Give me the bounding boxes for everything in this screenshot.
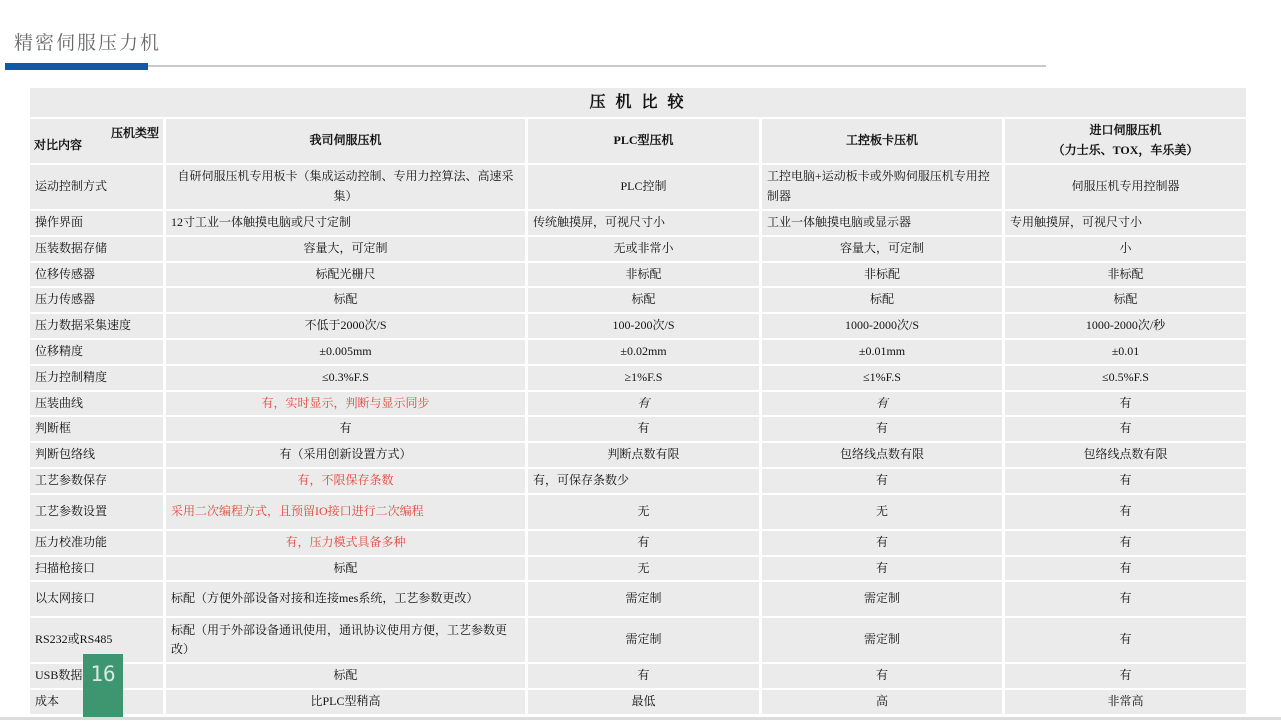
table-cell: 有 xyxy=(1005,582,1246,618)
table-cell: ≥1%F.S xyxy=(528,366,762,392)
table-cell: 包络线点数有限 xyxy=(762,443,1005,469)
table-cell: 标配 xyxy=(1005,288,1246,314)
table-cell: 包络线点数有限 xyxy=(1005,443,1246,469)
table-cell: 有 xyxy=(1005,531,1246,557)
slide: 精密伺服压力机 压 机 比 较 压机类型 对比内容 我司伺服压机 PLC型压机 xyxy=(0,0,1281,722)
row-label: 以太网接口 xyxy=(30,582,166,618)
row-label: 压装曲线 xyxy=(30,392,166,418)
row-label: 扫描枪接口 xyxy=(30,557,166,583)
table-cell: 有 xyxy=(528,664,762,690)
table-row: USB数据接口标配有有有 xyxy=(30,664,1246,690)
header-row: 压机类型 对比内容 我司伺服压机 PLC型压机 工控板卡压机 进口伺服压机 （力… xyxy=(30,119,1246,165)
table-cell: 标配光栅尺 xyxy=(166,263,528,289)
table-row: 判断包络线有（采用创新设置方式）判断点数有限包络线点数有限包络线点数有限 xyxy=(30,443,1246,469)
table-cell: 非常高 xyxy=(1005,690,1246,716)
table-cell: ≤0.5%F.S xyxy=(1005,366,1246,392)
table-row: 压装数据存储容量大，可定制无或非常小容量大，可定制小 xyxy=(30,237,1246,263)
table-cell: 标配 xyxy=(528,288,762,314)
table-cell: 有，压力模式具备多种 xyxy=(166,531,528,557)
page-title: 精密伺服压力机 xyxy=(14,28,161,55)
table-row: 判断框有有有有 xyxy=(30,417,1246,443)
table-cell: 标配 xyxy=(166,288,528,314)
row-label: 判断包络线 xyxy=(30,443,166,469)
table-row: 位移传感器标配光栅尺非标配非标配非标配 xyxy=(30,263,1246,289)
table-row: 压力数据采集速度不低于2000次/S100-200次/S1000-2000次/S… xyxy=(30,314,1246,340)
row-label: 位移传感器 xyxy=(30,263,166,289)
row-label: 操作界面 xyxy=(30,211,166,237)
table-cell: 高 xyxy=(762,690,1005,716)
row-label: 压力校准功能 xyxy=(30,531,166,557)
table-cell: 1000-2000次/S xyxy=(762,314,1005,340)
table-cell: ±0.01 xyxy=(1005,340,1246,366)
table-cell: 比PLC型稍高 xyxy=(166,690,528,716)
table-cell: 需定制 xyxy=(762,618,1005,664)
table-cell: 标配 xyxy=(166,557,528,583)
row-label: 压装数据存储 xyxy=(30,237,166,263)
row-label: 压力控制精度 xyxy=(30,366,166,392)
table-cell: 有 xyxy=(762,392,1005,418)
table-cell: 有 xyxy=(762,557,1005,583)
table-cell: ≤1%F.S xyxy=(762,366,1005,392)
column-header-imported-servo-press: 进口伺服压机 （力士乐、TOX，车乐美） xyxy=(1005,119,1246,165)
table-cell: 100-200次/S xyxy=(528,314,762,340)
table-cell: 不低于2000次/S xyxy=(166,314,528,340)
table-cell: 有 xyxy=(762,417,1005,443)
table-cell: 有 xyxy=(762,664,1005,690)
table-cell: 有（采用创新设置方式） xyxy=(166,443,528,469)
table-cell: 小 xyxy=(1005,237,1246,263)
row-label: 判断框 xyxy=(30,417,166,443)
corner-cell: 压机类型 对比内容 xyxy=(30,119,166,165)
table-row: 压装曲线有，实时显示，判断与显示同步有有有 xyxy=(30,392,1246,418)
table-row: 成本比PLC型稍高最低高非常高 xyxy=(30,690,1246,716)
table-row: 位移精度±0.005mm±0.02mm±0.01mm±0.01 xyxy=(30,340,1246,366)
table-cell: 容量大，可定制 xyxy=(166,237,528,263)
table-cell: 传统触摸屏，可视尺寸小 xyxy=(528,211,762,237)
table-cell: 判断点数有限 xyxy=(528,443,762,469)
table-cell: 有，可保存条数少 xyxy=(528,469,762,495)
table-cell: 有 xyxy=(528,531,762,557)
table-title: 压 机 比 较 xyxy=(30,88,1246,117)
table-cell: 非标配 xyxy=(762,263,1005,289)
table-cell: 工控电脑+运动板卡或外购伺服压机专用控制器 xyxy=(762,165,1005,211)
table-cell: ±0.005mm xyxy=(166,340,528,366)
row-label: 工艺参数保存 xyxy=(30,469,166,495)
table-cell: ±0.02mm xyxy=(528,340,762,366)
table-cell: 有 xyxy=(528,392,762,418)
table-row: 扫描枪接口标配无有有 xyxy=(30,557,1246,583)
table-cell: 有 xyxy=(762,469,1005,495)
table-cell: PLC控制 xyxy=(528,165,762,211)
bottom-divider xyxy=(0,717,1281,720)
table-cell: 12寸工业一体触摸电脑或尺寸定制 xyxy=(166,211,528,237)
column-header-plc-press: PLC型压机 xyxy=(528,119,762,165)
table-cell: 有 xyxy=(1005,469,1246,495)
table-cell: 有 xyxy=(1005,417,1246,443)
table-cell: 采用二次编程方式，且预留IO接口进行二次编程 xyxy=(166,495,528,531)
table-cell: 非标配 xyxy=(528,263,762,289)
table-cell: 标配（用于外部设备通讯使用，通讯协议使用方便，工艺参数更改） xyxy=(166,618,528,664)
table-cell: 容量大，可定制 xyxy=(762,237,1005,263)
table-row: 工艺参数设置采用二次编程方式，且预留IO接口进行二次编程无无有 xyxy=(30,495,1246,531)
table-cell: 有，不限保存条数 xyxy=(166,469,528,495)
title-divider-line xyxy=(148,65,1046,67)
table-cell: 最低 xyxy=(528,690,762,716)
table-cell: ≤0.3%F.S xyxy=(166,366,528,392)
table-cell: 有，实时显示，判断与显示同步 xyxy=(166,392,528,418)
comparison-grid: 压机类型 对比内容 我司伺服压机 PLC型压机 工控板卡压机 进口伺服压机 （力… xyxy=(30,119,1246,716)
column-header-our-servo-press: 我司伺服压机 xyxy=(166,119,528,165)
table-row: RS232或RS485标配（用于外部设备通讯使用，通讯协议使用方便，工艺参数更改… xyxy=(30,618,1246,664)
comparison-table: 压 机 比 较 压机类型 对比内容 我司伺服压机 PLC型压机 工控板卡压机 xyxy=(30,88,1246,716)
corner-bottom-label: 对比内容 xyxy=(34,136,82,156)
table-cell: 有 xyxy=(1005,557,1246,583)
table-cell: 无 xyxy=(528,557,762,583)
table-cell: 1000-2000次/秒 xyxy=(1005,314,1246,340)
title-accent-bar xyxy=(5,63,148,70)
table-cell: 有 xyxy=(1005,664,1246,690)
column-header-ipc-board-press: 工控板卡压机 xyxy=(762,119,1005,165)
table-cell: 需定制 xyxy=(528,618,762,664)
table-row: 工艺参数保存有，不限保存条数有，可保存条数少有有 xyxy=(30,469,1246,495)
table-cell: 有 xyxy=(1005,392,1246,418)
table-row: 操作界面12寸工业一体触摸电脑或尺寸定制传统触摸屏，可视尺寸小工业一体触摸电脑或… xyxy=(30,211,1246,237)
table-cell: 专用触摸屏，可视尺寸小 xyxy=(1005,211,1246,237)
table-cell: 有 xyxy=(1005,618,1246,664)
row-label: 位移精度 xyxy=(30,340,166,366)
table-row: 运动控制方式自研伺服压机专用板卡（集成运动控制、专用力控算法、高速采集）PLC控… xyxy=(30,165,1246,211)
table-row: 压力校准功能有，压力模式具备多种有有有 xyxy=(30,531,1246,557)
table-cell: 标配 xyxy=(762,288,1005,314)
table-cell: 需定制 xyxy=(528,582,762,618)
table-cell: 非标配 xyxy=(1005,263,1246,289)
table-cell: 有 xyxy=(166,417,528,443)
table-cell: 有 xyxy=(762,531,1005,557)
table-cell: 无 xyxy=(762,495,1005,531)
page-number-box: 16 xyxy=(83,654,123,717)
table-cell: ±0.01mm xyxy=(762,340,1005,366)
table-row: 压力控制精度≤0.3%F.S≥1%F.S≤1%F.S≤0.5%F.S xyxy=(30,366,1246,392)
row-label: 压力数据采集速度 xyxy=(30,314,166,340)
row-label: 工艺参数设置 xyxy=(30,495,166,531)
table-cell: 有 xyxy=(528,417,762,443)
row-label: 运动控制方式 xyxy=(30,165,166,211)
table-cell: 需定制 xyxy=(762,582,1005,618)
table-row: 以太网接口标配（方便外部设备对接和连接mes系统，工艺参数更改）需定制需定制有 xyxy=(30,582,1246,618)
table-cell: 标配（方便外部设备对接和连接mes系统，工艺参数更改） xyxy=(166,582,528,618)
table-cell: 无或非常小 xyxy=(528,237,762,263)
table-cell: 有 xyxy=(1005,495,1246,531)
corner-top-label: 压机类型 xyxy=(111,124,159,144)
table-cell: 标配 xyxy=(166,664,528,690)
page-number: 16 xyxy=(90,662,115,686)
table-cell: 工业一体触摸电脑或显示器 xyxy=(762,211,1005,237)
table-row: 压力传感器标配标配标配标配 xyxy=(30,288,1246,314)
table-cell: 伺服压机专用控制器 xyxy=(1005,165,1246,211)
row-label: 压力传感器 xyxy=(30,288,166,314)
table-cell: 无 xyxy=(528,495,762,531)
table-cell: 自研伺服压机专用板卡（集成运动控制、专用力控算法、高速采集） xyxy=(166,165,528,211)
